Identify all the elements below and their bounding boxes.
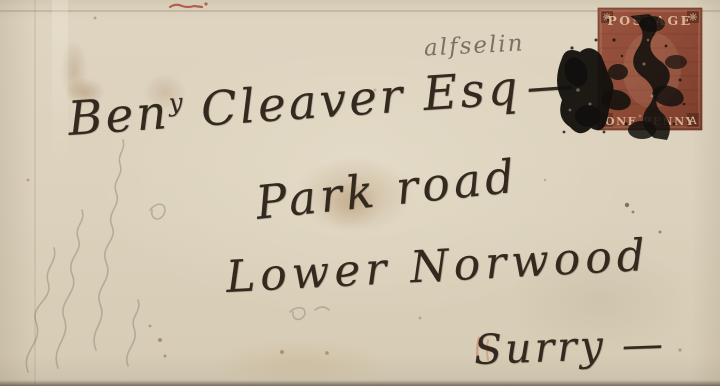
- envelope-scan: alfselin Beny Cleaver Esq— Park road Low…: [0, 0, 720, 386]
- county-flourish-dash: —: [621, 319, 667, 369]
- postage-stamp: POSTAGE ONE PENNY A: [556, 0, 720, 150]
- county-name: Surry: [473, 321, 606, 374]
- stamp-corner-letter: A: [688, 116, 697, 127]
- recipient-prefix: Ben: [66, 85, 171, 147]
- envelope-bottom-edge: [0, 380, 720, 386]
- address-line-county: Surry—: [473, 319, 666, 374]
- pencil-annotation: alfselin: [423, 30, 525, 61]
